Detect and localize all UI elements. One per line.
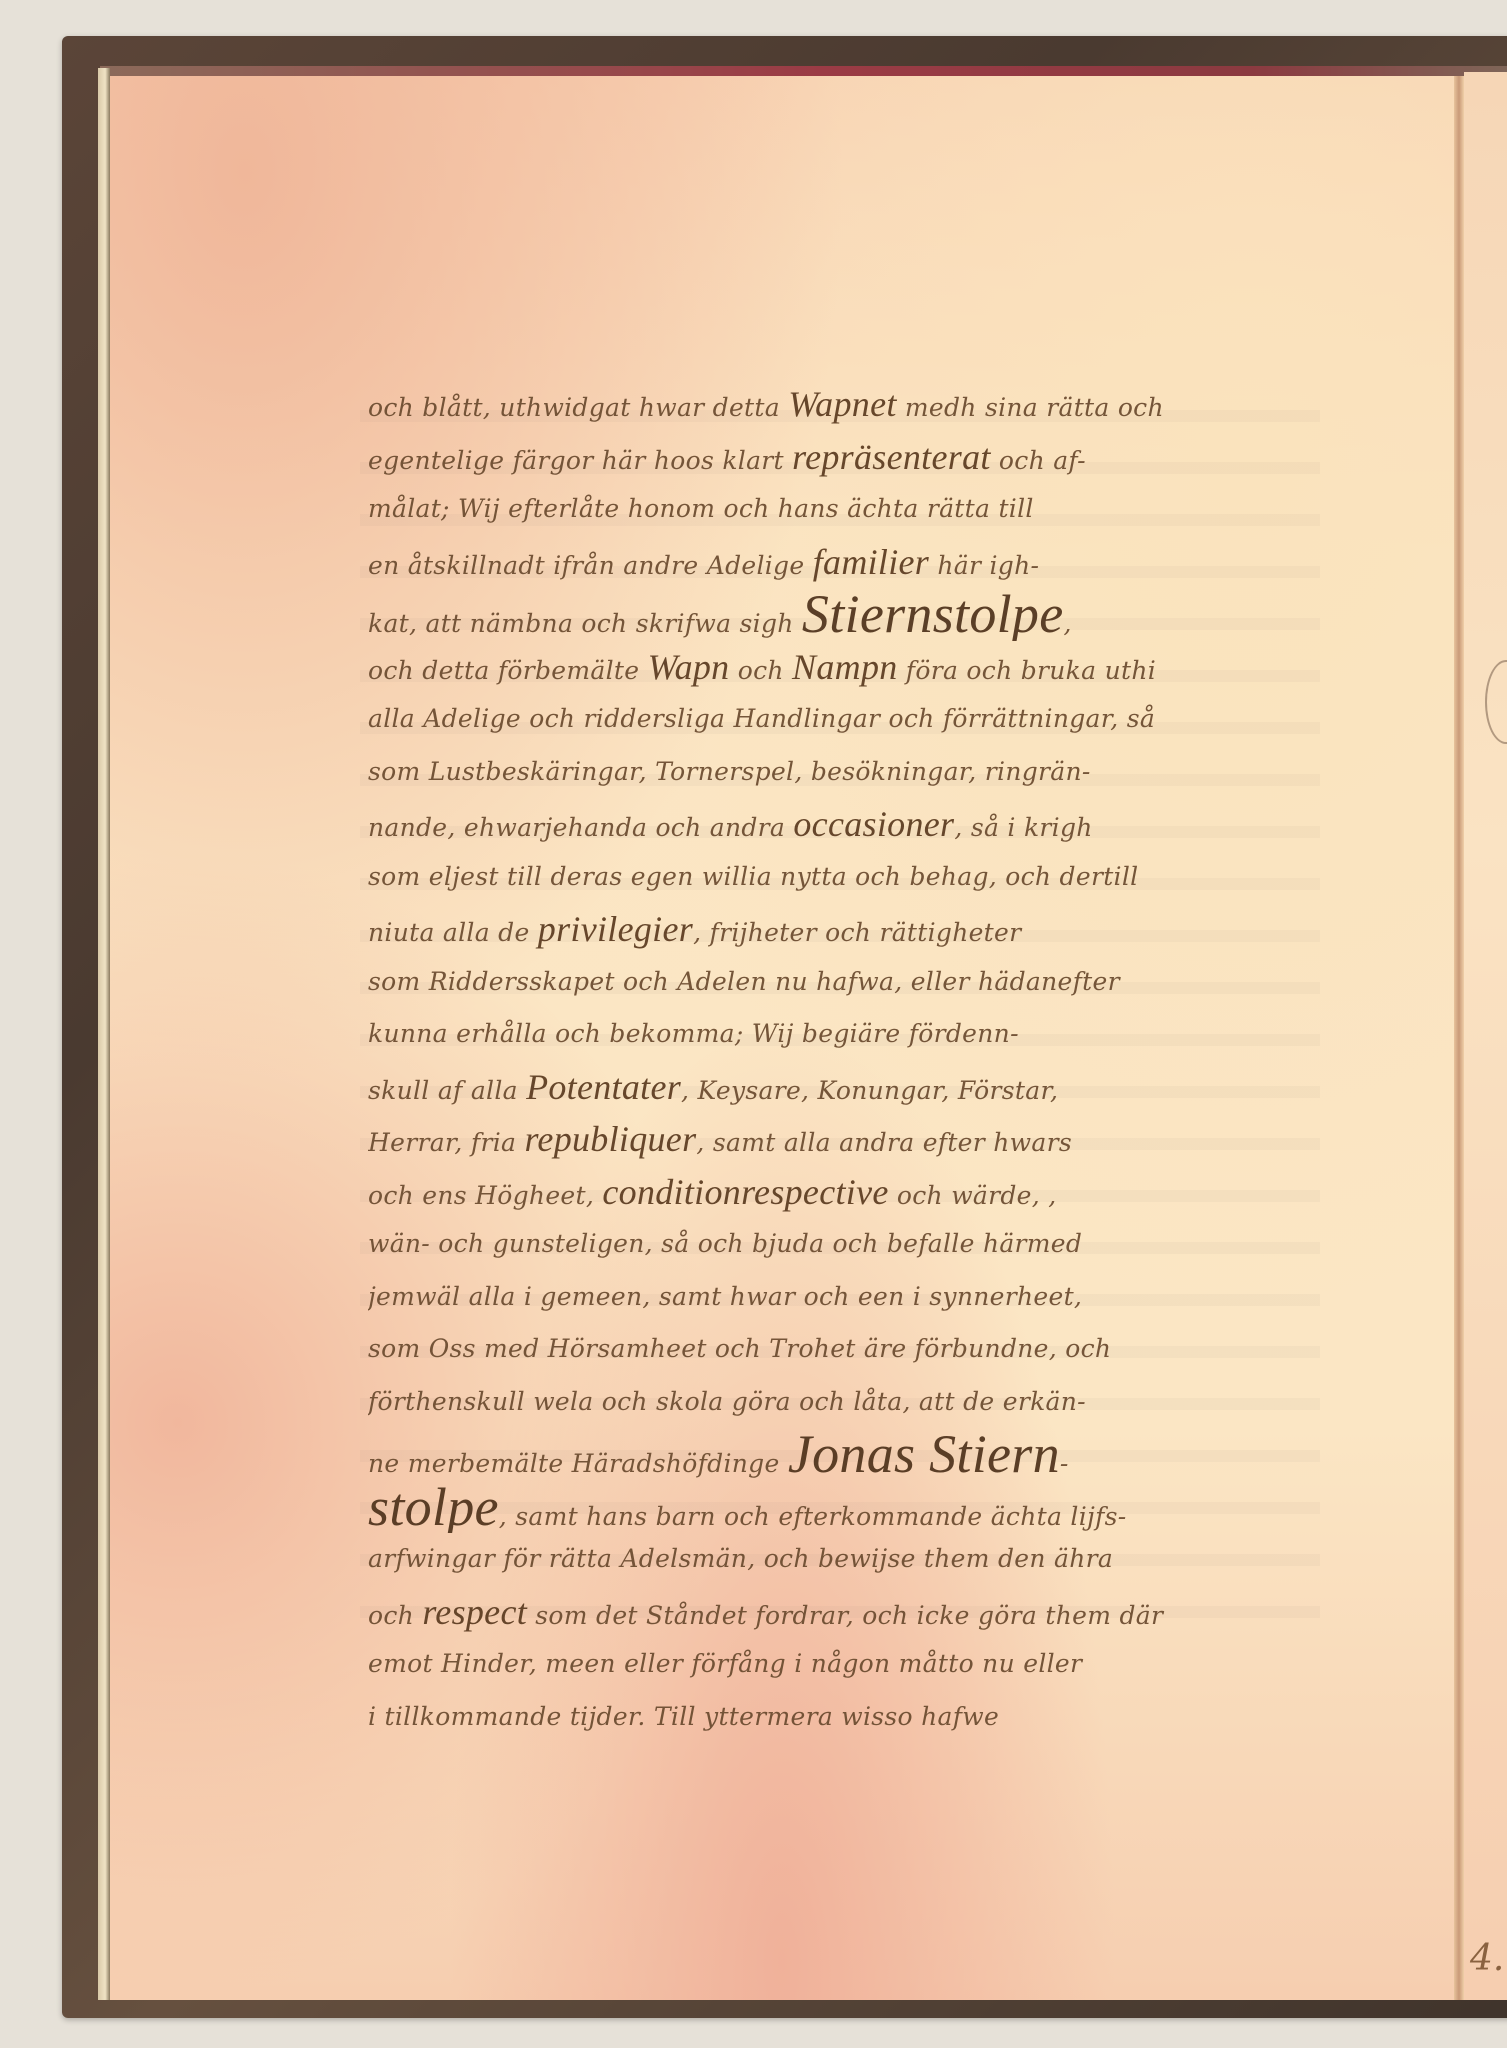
line-text: skull af alla xyxy=(368,1076,526,1105)
line-text: och wärde, xyxy=(889,1181,1049,1210)
manuscript-line: kat, att nämbna och skrifwa sigh Stierns… xyxy=(368,588,1318,641)
manuscript-line: en åtskillnadt ifrån andre Adelige famil… xyxy=(368,536,1318,589)
manuscript-line: i tillkommande tijder. Till yttermera wi… xyxy=(368,1691,1318,1744)
line-text: och xyxy=(368,1601,422,1630)
line-text: , frijheter och rättigheter xyxy=(693,918,1021,947)
page-top-edge xyxy=(100,66,1507,76)
line-text: kat, att nämbna och skrifwa sigh xyxy=(368,609,802,638)
manuscript-line: som eljest till deras egen willia nytta … xyxy=(368,851,1318,904)
line-text: förthenskull wela och skola göra och låt… xyxy=(368,1387,1086,1416)
manuscript-line: som Oss med Hörsamheet och Trohet äre fö… xyxy=(368,1323,1318,1376)
line-text: föra och bruka uthi xyxy=(898,656,1156,685)
line-text: , samt hans barn och efterkommande ächta… xyxy=(499,1502,1127,1531)
page-number: 4. xyxy=(1470,1938,1504,1979)
line-text: kunna erhålla och bekomma; Wij begiäre f… xyxy=(368,1019,1019,1048)
emphasized-word: Nampn xyxy=(792,647,898,687)
manuscript-line: wän- och gunsteligen, så och bjuda och b… xyxy=(368,1218,1318,1271)
line-text: egentelige färgor här hoos xyxy=(368,446,722,475)
line-text: emot Hinder, meen eller förfång i någon … xyxy=(368,1649,1082,1678)
line-text: som Riddersskapet och Adelen nu hafwa, e… xyxy=(368,967,1120,996)
line-text: wän- och gunsteligen, så och bjuda och b… xyxy=(368,1229,1082,1258)
line-text: , xyxy=(1064,609,1072,638)
line-text: som eljest till deras egen willia nytta … xyxy=(368,862,1138,891)
manuscript-line: förthenskull wela och skola göra och låt… xyxy=(368,1376,1318,1429)
line-text: i tillkommande tijder. Till yttermera wi… xyxy=(368,1702,999,1731)
line-text: ne merbemälte Häradshöfdinge xyxy=(368,1449,788,1478)
line-text: , Keysare, Konungar, Förstar, xyxy=(681,1076,1058,1105)
emphasized-word: respective xyxy=(741,1172,889,1212)
emphasized-word: occasioner xyxy=(793,804,954,844)
manuscript-line: alla Adelige och riddersliga Handlingar … xyxy=(368,693,1318,746)
manuscript-line: ne merbemälte Häradshöfdinge Jonas Stier… xyxy=(368,1428,1318,1481)
line-text: och blått, uthwidgat hwar detta xyxy=(368,393,788,422)
manuscript-line: som Riddersskapet och Adelen nu hafwa, e… xyxy=(368,956,1318,1009)
manuscript-line: och blått, uthwidgat hwar detta Wapnet m… xyxy=(368,378,1318,431)
line-text: , samt alla andra efter hwars xyxy=(696,1128,1072,1157)
manuscript-line: jemwäl alla i gemeen, samt hwar och een … xyxy=(368,1271,1318,1324)
line-text: arfwingar för rätta Adelsmän, och bewijs… xyxy=(368,1544,1113,1573)
line-text: som Oss med Hörsamheet och Trohet äre fö… xyxy=(368,1334,1111,1363)
line-text: medh sina rätta och xyxy=(897,393,1164,422)
emphasized-word: Jonas Stiern xyxy=(788,1428,1060,1481)
manuscript-line: målat; Wij efterlåte honom och hans ächt… xyxy=(368,483,1318,536)
manuscript-line: arfwingar för rätta Adelsmän, och bewijs… xyxy=(368,1533,1318,1586)
handwritten-text-block: och blått, uthwidgat hwar detta Wapnet m… xyxy=(368,378,1318,1743)
binding-edge xyxy=(98,68,110,2000)
line-text: klart xyxy=(722,446,792,475)
emphasized-word: familier xyxy=(813,542,929,582)
line-text: och af- xyxy=(991,446,1086,475)
line-text: här igh- xyxy=(929,551,1039,580)
manuscript-line: niuta alla de privilegier, frijheter och… xyxy=(368,903,1318,956)
manuscript-line: Herrar, fria republiquer, samt alla andr… xyxy=(368,1113,1318,1166)
line-text: , xyxy=(1048,1181,1056,1210)
manuscript-line: emot Hinder, meen eller förfång i någon … xyxy=(368,1638,1318,1691)
line-text: - xyxy=(1060,1449,1069,1478)
emphasized-word: Potentater xyxy=(526,1067,681,1107)
emphasized-word: condition xyxy=(602,1172,741,1212)
line-text: och ens Högheet, xyxy=(368,1181,602,1210)
line-text: som det Ståndet fordrar, och icke göra t… xyxy=(527,1601,1163,1630)
manuscript-line: nande, ehwarjehanda och andra occasioner… xyxy=(368,798,1318,851)
line-text: en åtskillnadt ifrån andre Adelige xyxy=(368,551,813,580)
emphasized-word: Wapnet xyxy=(788,384,896,424)
emphasized-word: republiquer xyxy=(524,1119,696,1159)
manuscript-line: kunna erhålla och bekomma; Wij begiäre f… xyxy=(368,1008,1318,1061)
manuscript-line: skull af alla Potentater, Keysare, Konun… xyxy=(368,1061,1318,1114)
line-text: jemwäl alla i gemeen, samt hwar och een … xyxy=(368,1282,1082,1311)
book-gutter xyxy=(1454,76,1464,2000)
manuscript-line: egentelige färgor här hoos klart repräse… xyxy=(368,431,1318,484)
manuscript-line: stolpe, samt hans barn och efterkommande… xyxy=(368,1481,1318,1534)
facing-page-edge xyxy=(1464,72,1507,2000)
line-text: målat; Wij efterlåte honom och hans ächt… xyxy=(368,494,1034,523)
manuscript-line: och ens Högheet, conditionrespective och… xyxy=(368,1166,1318,1219)
manuscript-line: och detta förbemälte Wapn och Nampn föra… xyxy=(368,641,1318,694)
manuscript-line: och respect som det Ståndet fordrar, och… xyxy=(368,1586,1318,1639)
line-text: niuta alla de xyxy=(368,918,538,947)
line-text: och detta förbemälte xyxy=(368,656,648,685)
line-text: och xyxy=(729,656,792,685)
manuscript-line: som Lustbeskäringar, Tornerspel, besökni… xyxy=(368,746,1318,799)
line-text: som Lustbeskäringar, Tornerspel, besökni… xyxy=(368,757,1091,786)
emphasized-word: stolpe xyxy=(368,1481,499,1534)
line-text: alla Adelige och riddersliga Handlingar … xyxy=(368,704,1155,733)
emphasized-word: Stiernstolpe xyxy=(802,588,1064,641)
line-text: , så i krigh xyxy=(954,813,1092,842)
emphasized-word: repräsenterat xyxy=(792,437,991,477)
emphasized-word: privilegier xyxy=(538,909,693,949)
line-text: nande, ehwarjehanda och andra xyxy=(368,813,793,842)
line-text: Herrar, fria xyxy=(368,1128,524,1157)
emphasized-word: Wapn xyxy=(648,647,730,687)
emphasized-word: respect xyxy=(422,1592,527,1632)
